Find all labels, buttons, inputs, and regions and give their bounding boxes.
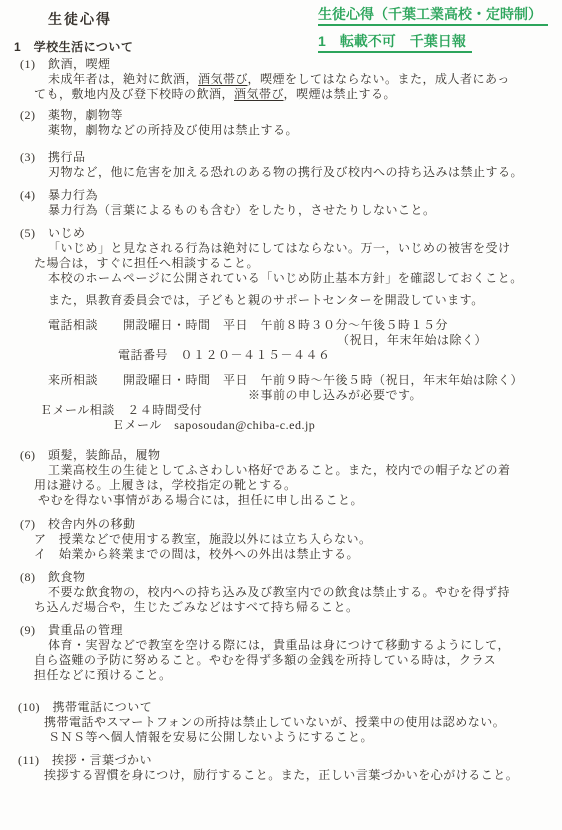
doc-text: (5) いじめ xyxy=(20,226,86,240)
doc-text: Ｅメール saposoudan@chiba-c.ed.jp xyxy=(112,418,315,432)
document-lines: 1 学校生活について(1) 飲酒，喫煙未成年者は，絶対に飲酒，酒気帯び，喫煙をし… xyxy=(0,40,562,783)
doc-text: また，県教育委員会では，子どもと親のサポートセンターを開設しています。 xyxy=(48,293,484,307)
item-heading-4: (4) 暴力行為 xyxy=(0,188,562,203)
item-heading-7: (7) 校舎内外の移動 xyxy=(0,517,562,532)
doc-line: やむを得ない事情がある場合には，担任に申し出ること。 xyxy=(0,493,562,508)
doc-text: (7) 校舎内外の移動 xyxy=(20,517,136,531)
doc-text: Ｅメール相談 ２４時間受付 xyxy=(40,403,202,417)
doc-line: また，県教育委員会では，子どもと親のサポートセンターを開設しています。 xyxy=(0,293,562,308)
email-consult-line: Ｅメール相談 ２４時間受付 xyxy=(0,403,562,418)
annotation-text-2: 1 転載不可 千葉日報 xyxy=(318,33,472,53)
annotation-line-1: 生徒心得（千葉工業高校・定時制） xyxy=(318,6,548,26)
annotation-line-2: 1 転載不可 千葉日報 xyxy=(318,33,548,53)
doc-line: ※事前の申し込みが必要です。 xyxy=(0,388,562,403)
doc-text: (1) 飲酒，喫煙 xyxy=(20,57,111,71)
item-heading-8: (8) 飲食物 xyxy=(0,570,562,585)
doc-line: 用は避ける。上履きは，学校指定の靴とする。 xyxy=(0,478,562,493)
item-heading-6: (6) 頭髪，装飾品，履物 xyxy=(0,448,562,463)
doc-text: (6) 頭髪，装飾品，履物 xyxy=(20,448,161,462)
underlined-text: 酒気帯び xyxy=(198,72,248,86)
doc-line: 暴力行為（言葉によるものも含む）をしたり，させたりしないこと。 xyxy=(0,203,562,218)
doc-line: 刃物など，他に危害を加える恐れのある物の携行及び校内への持ち込みは禁止する。 xyxy=(0,165,562,180)
doc-text: ても，敷地内及び登下校時の飲酒， xyxy=(34,87,234,101)
doc-text: 自ら盗難の予防に努めること。やむを得ず多額の金銭を所持している時は，クラス xyxy=(34,653,496,667)
item-heading-5: (5) いじめ xyxy=(0,226,562,241)
doc-text: 本校のホームページに公開されている「いじめ防止基本方針」を確認しておくこと。 xyxy=(48,271,523,285)
source-annotation: 生徒心得（千葉工業高校・定時制） 1 転載不可 千葉日報 xyxy=(318,6,548,60)
doc-text: (10) 携帯電話について xyxy=(18,700,152,714)
doc-line: 工業高校生の生徒としてふさわしい格好であること。また，校内での帽子などの着 xyxy=(0,463,562,478)
item-heading-2: (2) 薬物，劇物等 xyxy=(0,108,562,123)
doc-text: 挨拶する習慣を身につけ，励行すること。また，正しい言葉づかいを心がけること。 xyxy=(44,768,518,782)
doc-line: 挨拶する習慣を身につけ，励行すること。また，正しい言葉づかいを心がけること。 xyxy=(0,768,562,783)
doc-line: 体育・実習などで教室を空ける際には，貴重品は身につけて移動するようにして， xyxy=(0,638,562,653)
doc-text: 電話相談 開設曜日・時間 平日 午前８時３０分～午後５時１５分 xyxy=(48,318,448,332)
doc-line: ても，敷地内及び登下校時の飲酒，酒気帯び，喫煙は禁止する。 xyxy=(0,87,562,102)
doc-text: ，喫煙をしてはならない。また，成人者にあっ xyxy=(248,72,510,86)
doc-line: ア 授業などで使用する教室，施設以外には立ち入らない。 xyxy=(0,532,562,547)
doc-text: ，喫煙は禁止する。 xyxy=(284,87,397,101)
phone-number-line: 電話番号 ０１２０－４１５－４４６ xyxy=(0,348,562,363)
doc-text: 担任などに預けること。 xyxy=(34,668,172,682)
doc-text: 未成年者は，絶対に飲酒， xyxy=(48,72,198,86)
doc-line: 未成年者は，絶対に飲酒，酒気帯び，喫煙をしてはならない。また，成人者にあっ xyxy=(0,72,562,87)
doc-text: ち込んだ場合や，生じたごみなどはすべて持ち帰ること。 xyxy=(34,600,359,614)
doc-line: ＳＮＳ等へ個人情報を安易に公開しないようにすること。 xyxy=(0,730,562,745)
doc-line: 自ら盗難の予防に努めること。やむを得ず多額の金銭を所持している時は，クラス xyxy=(0,653,562,668)
doc-text: （祝日，年末年始は除く） xyxy=(337,333,487,347)
item-heading-9: (9) 貴重品の管理 xyxy=(0,623,562,638)
doc-text: た場合は，すぐに担任へ相談すること。 xyxy=(34,256,259,270)
doc-text: 体育・実習などで教室を空ける際には，貴重品は身につけて移動するようにして， xyxy=(48,638,510,652)
doc-text: ※事前の申し込みが必要です。 xyxy=(248,388,422,402)
doc-text: 不要な飲食物の，校内への持ち込み及び教室内での飲食は禁止する。やむを得ず持 xyxy=(48,585,510,599)
doc-text: やむを得ない事情がある場合には，担任に申し出ること。 xyxy=(38,493,363,507)
doc-text: 来所相談 開設曜日・時間 平日 午前９時～午後５時（祝日，年末年始は除く） xyxy=(48,373,523,387)
doc-text: (9) 貴重品の管理 xyxy=(20,623,123,637)
doc-text: 1 学校生活について xyxy=(14,40,133,54)
visit-consult-line: 来所相談 開設曜日・時間 平日 午前９時～午後５時（祝日，年末年始は除く） xyxy=(0,373,562,388)
doc-line: 担任などに預けること。 xyxy=(0,668,562,683)
item-heading-3: (3) 携行品 xyxy=(0,150,562,165)
doc-text: 薬物，劇物などの所持及び使用は禁止する。 xyxy=(48,123,298,137)
doc-text: (11) 挨拶・言葉づかい xyxy=(18,753,152,767)
doc-line: 携帯電話やスマートフォンの所持は禁止していないが、授業中の使用は認めない。 xyxy=(0,715,562,730)
doc-text: (3) 携行品 xyxy=(20,150,86,164)
phone-consult-line: 電話相談 開設曜日・時間 平日 午前８時３０分～午後５時１５分 xyxy=(0,318,562,333)
doc-line: 「いじめ」と見なされる行為は絶対にしてはならない。万一，いじめの被害を受け xyxy=(0,241,562,256)
doc-text: 携帯電話やスマートフォンの所持は禁止していないが、授業中の使用は認めない。 xyxy=(44,715,505,729)
doc-line: 薬物，劇物などの所持及び使用は禁止する。 xyxy=(0,123,562,138)
doc-line: 不要な飲食物の，校内への持ち込み及び教室内での飲食は禁止する。やむを得ず持 xyxy=(0,585,562,600)
doc-line: イ 始業から終業までの間は，校外への外出は禁止する。 xyxy=(0,547,562,562)
doc-text: 工業高校生の生徒としてふさわしい格好であること。また，校内での帽子などの着 xyxy=(48,463,511,477)
email-address-line: Ｅメール saposoudan@chiba-c.ed.jp xyxy=(0,418,562,433)
doc-text: ア 授業などで使用する教室，施設以外には立ち入らない。 xyxy=(34,532,372,546)
doc-line: （祝日，年末年始は除く） xyxy=(0,333,562,348)
doc-text: ＳＮＳ等へ個人情報を安易に公開しないようにすること。 xyxy=(48,730,373,744)
doc-text: (4) 暴力行為 xyxy=(20,188,98,202)
doc-line: 本校のホームページに公開されている「いじめ防止基本方針」を確認しておくこと。 xyxy=(0,271,562,286)
underlined-text: 酒気帯び xyxy=(234,87,284,101)
doc-text: イ 始業から終業までの間は，校外への外出は禁止する。 xyxy=(34,547,359,561)
doc-line: た場合は，すぐに担任へ相談すること。 xyxy=(0,256,562,271)
doc-text: 「いじめ」と見なされる行為は絶対にしてはならない。万一，いじめの被害を受け xyxy=(48,241,511,255)
doc-line: ち込んだ場合や，生じたごみなどはすべて持ち帰ること。 xyxy=(0,600,562,615)
doc-text: (8) 飲食物 xyxy=(20,570,86,584)
item-heading-11: (11) 挨拶・言葉づかい xyxy=(0,753,562,768)
item-heading-10: (10) 携帯電話について xyxy=(0,700,562,715)
doc-text: 刃物など，他に危害を加える恐れのある物の携行及び校内への持ち込みは禁止する。 xyxy=(48,165,523,179)
doc-text: (2) 薬物，劇物等 xyxy=(20,108,123,122)
document-page: 生徒心得（千葉工業高校・定時制） 1 転載不可 千葉日報 生徒心得 1 学校生活… xyxy=(0,0,562,830)
doc-text: 用は避ける。上履きは，学校指定の靴とする。 xyxy=(34,478,297,492)
doc-text: 暴力行為（言葉によるものも含む）をしたり，させたりしないこと。 xyxy=(48,203,436,217)
annotation-text-1: 生徒心得（千葉工業高校・定時制） xyxy=(318,6,548,26)
doc-text: 電話番号 ０１２０－４１５－４４６ xyxy=(118,348,331,362)
